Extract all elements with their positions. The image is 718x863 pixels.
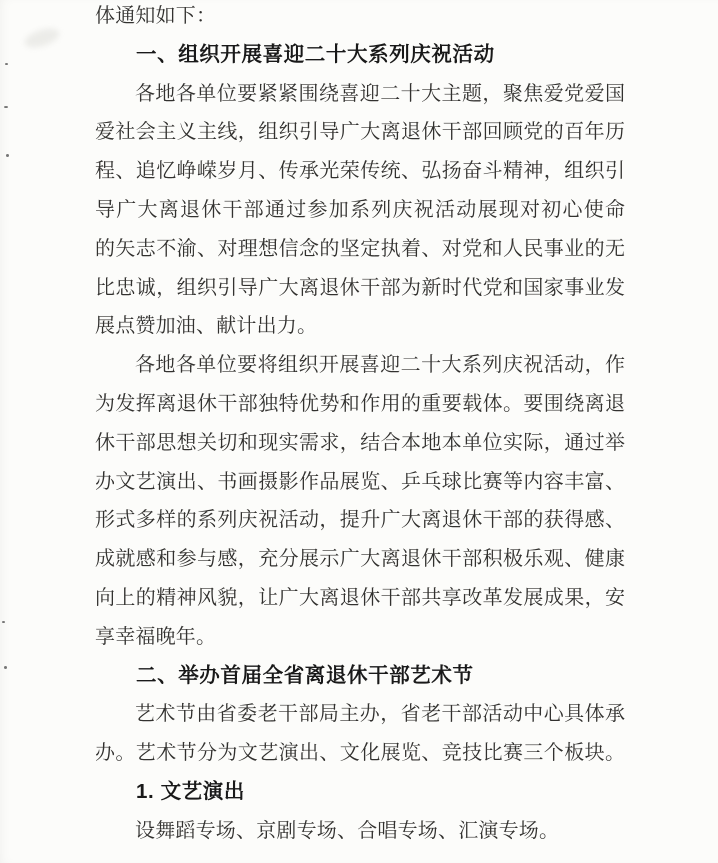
text-line: 向上的精神风貌，让广大离退休干部共享改革发展成果，安 — [95, 579, 625, 618]
text-line: 为发挥离退休干部独特优势和作用的重要载体。要围绕离退 — [95, 385, 625, 424]
document-page: 体通知如下：一、组织开展喜迎二十大系列庆祝活动各地各单位要紧紧围绕喜迎二十大主题… — [0, 0, 718, 863]
heading-line: 1. 文艺演出 — [95, 773, 625, 812]
text-line: 的矢志不渝、对理想信念的坚定执着、对党和人民事业的无 — [95, 230, 625, 269]
ink-speck — [5, 63, 8, 65]
text-line: 休干部思想关切和现实需求，结合本地本单位实际，通过举 — [95, 424, 625, 463]
text-line: 各地各单位要紧紧围绕喜迎二十大主题，聚焦爱党爱国 — [95, 75, 625, 114]
text-line: 爱社会主义主线，组织引导广大离退休干部回顾党的百年历 — [95, 113, 625, 152]
ink-speck — [4, 106, 8, 108]
text-line: 形式多样的系列庆祝活动，提升广大离退休干部的获得感、 — [95, 501, 625, 540]
text-line: 各地各单位要将组织开展喜迎二十大系列庆祝活动，作 — [95, 346, 625, 385]
text-line: 设舞蹈专场、京剧专场、合唱专场、汇演专场。 — [95, 812, 625, 851]
text-line: 程、追忆峥嵘岁月、传承光荣传统、弘扬奋斗精神，组织引 — [95, 152, 625, 191]
ink-speck — [2, 621, 5, 623]
text-line: 办。艺术节分为文艺演出、文化展览、竞技比赛三个板块。 — [95, 734, 625, 773]
text-line: 享幸福晚年。 — [95, 618, 625, 657]
heading-line: 二、举办首届全省离退休干部艺术节 — [95, 657, 625, 696]
text-line: 展点赞加油、献计出力。 — [95, 307, 625, 346]
text-line: 导广大离退休干部通过参加系列庆祝活动展现对初心使命 — [95, 191, 625, 230]
ink-speck — [6, 154, 9, 157]
scan-smudge — [22, 25, 61, 51]
text-line: 成就感和参与感，充分展示广大离退休干部积极乐观、健康 — [95, 540, 625, 579]
heading-line: 一、组织开展喜迎二十大系列庆祝活动 — [95, 36, 625, 75]
text-line: 艺术节由省委老干部局主办，省老干部活动中心具体承 — [95, 695, 625, 734]
ink-speck — [4, 666, 7, 669]
text-line: 体通知如下： — [95, 0, 625, 36]
text-line: 办文艺演出、书画摄影作品展览、乒乓球比赛等内容丰富、 — [95, 463, 625, 502]
text-column: 体通知如下：一、组织开展喜迎二十大系列庆祝活动各地各单位要紧紧围绕喜迎二十大主题… — [95, 0, 625, 851]
text-line: 比忠诚，组织引导广大离退休干部为新时代党和国家事业发 — [95, 269, 625, 308]
